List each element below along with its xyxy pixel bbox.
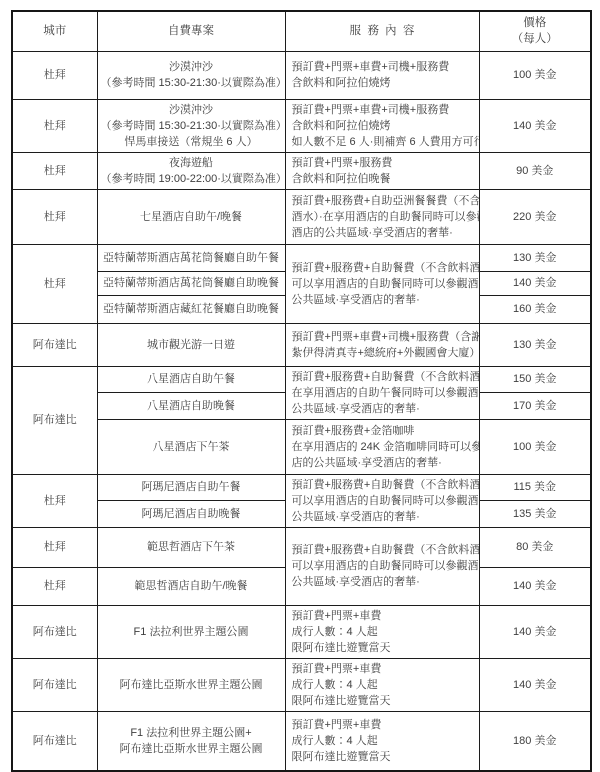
cell-city: 杜拜	[12, 527, 97, 567]
cell-price: 100 美金	[479, 419, 591, 474]
text-line: 預訂費+門票+車費+司機+服務費	[292, 102, 477, 118]
cell-project: 八星酒店自助晚餐	[97, 393, 285, 420]
cell-project: 範思哲酒店下午茶	[97, 527, 285, 567]
cell-service: 預訂費+門票+車費+司機+服務費 含飲料和阿拉伯燒烤 如人數不足 6 人·則補齊…	[285, 99, 479, 152]
cell-service: 預訂費+門票+服務費 含飲料和阿拉伯晚餐	[285, 152, 479, 189]
table-row: 阿布達比 八星酒店自助午餐 預訂費+服務費+自助餐費（不含飲料酒水） 在享用酒店…	[12, 366, 591, 393]
cell-project: F1 法拉利世界主題公園+ 阿布達比亞斯水世界主題公園	[97, 711, 285, 771]
text-line: 悍馬車接送（常規坐 6 人）	[101, 134, 282, 150]
cell-project: 範思哲酒店自助午/晚餐	[97, 567, 285, 605]
table-row: 杜拜 亞特蘭蒂斯酒店萬花筒餐廳自助午餐 預訂費+服務費+自助餐費（不含飲料酒水）…	[12, 244, 591, 271]
text-line: 預訂費+門票+服務費	[292, 155, 477, 171]
table-header-row: 城市 自費專案 服務內容 價格 （每人）	[12, 11, 591, 51]
text-line: 成行人數：4 人起	[292, 733, 477, 749]
cell-project: 亞特蘭蒂斯酒店藏紅花餐廳自助晚餐	[97, 295, 285, 323]
text-line: 可以享用酒店的自助餐同時可以參觀酒店的	[292, 493, 477, 509]
text-line: 預訂費+門票+車費	[292, 661, 477, 677]
cell-service: 預訂費+門票+車費+司機+服務費 含飲料和阿拉伯燒烤	[285, 51, 479, 99]
text-line: 預訂費+服務費+金箔咖啡	[292, 423, 477, 439]
text-line: 公共區域·享受酒店的奢華·	[292, 509, 477, 525]
cell-project: 亞特蘭蒂斯酒店萬花筒餐廳自助晚餐	[97, 271, 285, 295]
cell-project: 城市觀光游一日遊	[97, 323, 285, 366]
text-line: （參考時間 15:30-21:30·以實際為准）	[101, 118, 282, 134]
pricing-table: 城市 自費專案 服務內容 價格 （每人） 杜拜 沙漠沖沙 （參考時間 15:30…	[11, 10, 592, 772]
document-page: 城市 自費專案 服務內容 價格 （每人） 杜拜 沙漠沖沙 （參考時間 15:30…	[0, 0, 600, 772]
cell-service: 預訂費+服務費+自助餐費（不含飲料酒水） 可以享用酒店的自助餐同時可以參觀酒店的…	[285, 244, 479, 323]
cell-price: 130 美金	[479, 244, 591, 271]
text-line: 沙漠沖沙	[101, 59, 282, 75]
text-line: 如人數不足 6 人·則補齊 6 人費用方可行·	[292, 134, 477, 150]
text-line: 夜海遊船	[101, 155, 282, 171]
text-line: 紮伊得清真寺+總統府+外觀國會大廈）	[292, 345, 477, 361]
table-row: 杜拜 阿瑪尼酒店自助午餐 預訂費+服務費+自助餐費（不含飲料酒水） 可以享用酒店…	[12, 474, 591, 501]
text-line: （參考時間 19:00-22:00·以實際為准）	[101, 171, 282, 187]
cell-price: 80 美金	[479, 527, 591, 567]
cell-service: 預訂費+門票+車費+司機+服務費（含謝赫 紮伊得清真寺+總統府+外觀國會大廈）	[285, 323, 479, 366]
text-line: F1 法拉利世界主題公園+	[101, 725, 282, 741]
table-row: 杜拜 沙漠沖沙 （參考時間 15:30-21:30·以實際為准） 預訂費+門票+…	[12, 51, 591, 99]
text-line: 預訂費+服務費+自助餐費（不含飲料酒水）	[292, 369, 477, 385]
cell-service: 預訂費+服務費+自助亞洲餐餐費（不含飲料 酒水）·在享用酒店的自助餐同時可以參觀…	[285, 189, 479, 244]
cell-project: F1 法拉利世界主題公園	[97, 605, 285, 658]
cell-city: 阿布達比	[12, 366, 97, 474]
text-line: 在享用酒店的自助午餐同時可以參觀酒店的	[292, 385, 477, 401]
text-line: 限阿布達比遊覽當天	[292, 693, 477, 709]
cell-city: 阿布達比	[12, 711, 97, 771]
cell-project: 八星酒店自助午餐	[97, 366, 285, 393]
text-line: （參考時間 15:30-21:30·以實際為准）	[101, 75, 282, 91]
text-line: 公共區域·享受酒店的奢華·	[292, 292, 477, 308]
cell-city: 阿布達比	[12, 658, 97, 711]
cell-project: 八星酒店下午茶	[97, 419, 285, 474]
cell-service: 預訂費+門票+車費 成行人數：4 人起 限阿布達比遊覽當天	[285, 605, 479, 658]
cell-price: 140 美金	[479, 567, 591, 605]
text-line: 預訂費+門票+車費+司機+服務費	[292, 59, 477, 75]
text-line: 預訂費+服務費+自助餐費（不含飲料酒水）	[292, 260, 477, 276]
cell-price: 115 美金	[479, 474, 591, 501]
table-row: 阿布達比 阿布達比亞斯水世界主題公園 預訂費+門票+車費 成行人數：4 人起 限…	[12, 658, 591, 711]
cell-price: 135 美金	[479, 501, 591, 528]
text-line: 含飲料和阿拉伯晚餐	[292, 171, 477, 187]
cell-price: 160 美金	[479, 295, 591, 323]
text-line: 七星酒店自助午/晚餐	[101, 209, 282, 225]
cell-price: 180 美金	[479, 711, 591, 771]
col-header-service: 服務內容	[285, 11, 479, 51]
cell-city: 杜拜	[12, 244, 97, 323]
cell-project: 七星酒店自助午/晚餐	[97, 189, 285, 244]
text-line: 預訂費+服務費+自助餐費（不含飲料酒水）	[292, 542, 477, 558]
text-line: 預訂費+門票+車費+司機+服務費（含謝赫	[292, 329, 477, 345]
table-row: 杜拜 沙漠沖沙 （參考時間 15:30-21:30·以實際為准） 悍馬車接送（常…	[12, 99, 591, 152]
text-line: 預訂費+服務費+自助餐費（不含飲料酒水）	[292, 477, 477, 493]
cell-service: 預訂費+服務費+自助餐費（不含飲料酒水） 可以享用酒店的自助餐同時可以參觀酒店的…	[285, 527, 479, 605]
cell-city: 杜拜	[12, 189, 97, 244]
table-row: 阿布達比 F1 法拉利世界主題公園 預訂費+門票+車費 成行人數：4 人起 限阿…	[12, 605, 591, 658]
text-line: 可以享用酒店的自助餐同時可以參觀酒店的	[292, 276, 477, 292]
text-line: 預訂費+服務費+自助亞洲餐餐費（不含飲料	[292, 193, 477, 209]
text-line: 價格	[483, 15, 588, 31]
cell-price: 90 美金	[479, 152, 591, 189]
table-row: 八星酒店下午茶 預訂費+服務費+金箔咖啡 在享用酒店的 24K 金箔咖啡同時可以…	[12, 419, 591, 474]
text-line: 酒店的公共區域·享受酒店的奢華·	[292, 225, 477, 241]
cell-price: 170 美金	[479, 393, 591, 420]
text-line: 成行人數：4 人起	[292, 677, 477, 693]
cell-price: 150 美金	[479, 366, 591, 393]
cell-price: 140 美金	[479, 605, 591, 658]
cell-project: 沙漠沖沙 （參考時間 15:30-21:30·以實際為准）	[97, 51, 285, 99]
text-line: 沙漠沖沙	[101, 102, 282, 118]
text-line: 成行人數：4 人起	[292, 624, 477, 640]
cell-city: 阿布達比	[12, 605, 97, 658]
cell-price: 100 美金	[479, 51, 591, 99]
text-line: 含飲料和阿拉伯燒烤	[292, 75, 477, 91]
text-line: 阿布達比亞斯水世界主題公園	[101, 741, 282, 757]
cell-city: 杜拜	[12, 99, 97, 152]
cell-price: 220 美金	[479, 189, 591, 244]
text-line: 酒水）·在享用酒店的自助餐同時可以參觀	[292, 209, 477, 225]
cell-project: 阿瑪尼酒店自助午餐	[97, 474, 285, 501]
table-row: 杜拜 夜海遊船 （參考時間 19:00-22:00·以實際為准） 預訂費+門票+…	[12, 152, 591, 189]
cell-city: 杜拜	[12, 474, 97, 527]
col-header-city: 城市	[12, 11, 97, 51]
text-line: 含飲料和阿拉伯燒烤	[292, 118, 477, 134]
cell-service: 預訂費+服務費+金箔咖啡 在享用酒店的 24K 金箔咖啡同時可以參觀酒 店的公共…	[285, 419, 479, 474]
text-line: 公共區域·享受酒店的奢華·	[292, 574, 477, 590]
cell-service: 預訂費+門票+車費 成行人數：4 人起 限阿布達比遊覽當天	[285, 658, 479, 711]
cell-service: 預訂費+門票+車費 成行人數：4 人起 限阿布達比遊覽當天	[285, 711, 479, 771]
cell-city: 阿布達比	[12, 323, 97, 366]
table-row: 阿布達比 城市觀光游一日遊 預訂費+門票+車費+司機+服務費（含謝赫 紮伊得清真…	[12, 323, 591, 366]
text-line: 預訂費+門票+車費	[292, 608, 477, 624]
cell-project: 亞特蘭蒂斯酒店萬花筒餐廳自助午餐	[97, 244, 285, 271]
cell-price: 130 美金	[479, 323, 591, 366]
cell-project: 阿瑪尼酒店自助晚餐	[97, 501, 285, 528]
cell-project: 夜海遊船 （參考時間 19:00-22:00·以實際為准）	[97, 152, 285, 189]
table-row: 阿布達比 F1 法拉利世界主題公園+ 阿布達比亞斯水世界主題公園 預訂費+門票+…	[12, 711, 591, 771]
col-header-project: 自費專案	[97, 11, 285, 51]
cell-project: 阿布達比亞斯水世界主題公園	[97, 658, 285, 711]
text-line: 在享用酒店的 24K 金箔咖啡同時可以參觀酒	[292, 439, 477, 455]
table-row: 杜拜 範思哲酒店下午茶 預訂費+服務費+自助餐費（不含飲料酒水） 可以享用酒店的…	[12, 527, 591, 567]
cell-city: 杜拜	[12, 152, 97, 189]
cell-service: 預訂費+服務費+自助餐費（不含飲料酒水） 在享用酒店的自助午餐同時可以參觀酒店的…	[285, 366, 479, 419]
cell-price: 140 美金	[479, 658, 591, 711]
text-line: 公共區域·享受酒店的奢華·	[292, 401, 477, 417]
cell-price: 140 美金	[479, 99, 591, 152]
text-line: 限阿布達比遊覽當天	[292, 749, 477, 765]
text-line: 限阿布達比遊覽當天	[292, 640, 477, 656]
cell-city: 杜拜	[12, 51, 97, 99]
text-line: 店的公共區域·享受酒店的奢華·	[292, 455, 477, 471]
text-line: 可以享用酒店的自助餐同時可以參觀酒店的	[292, 558, 477, 574]
text-line: （每人）	[483, 31, 588, 47]
cell-project: 沙漠沖沙 （參考時間 15:30-21:30·以實際為准） 悍馬車接送（常規坐 …	[97, 99, 285, 152]
cell-city: 杜拜	[12, 567, 97, 605]
table-row: 杜拜 七星酒店自助午/晚餐 預訂費+服務費+自助亞洲餐餐費（不含飲料 酒水）·在…	[12, 189, 591, 244]
cell-service: 預訂費+服務費+自助餐費（不含飲料酒水） 可以享用酒店的自助餐同時可以參觀酒店的…	[285, 474, 479, 527]
col-header-price: 價格 （每人）	[479, 11, 591, 51]
cell-price: 140 美金	[479, 271, 591, 295]
text-line: 預訂費+門票+車費	[292, 717, 477, 733]
